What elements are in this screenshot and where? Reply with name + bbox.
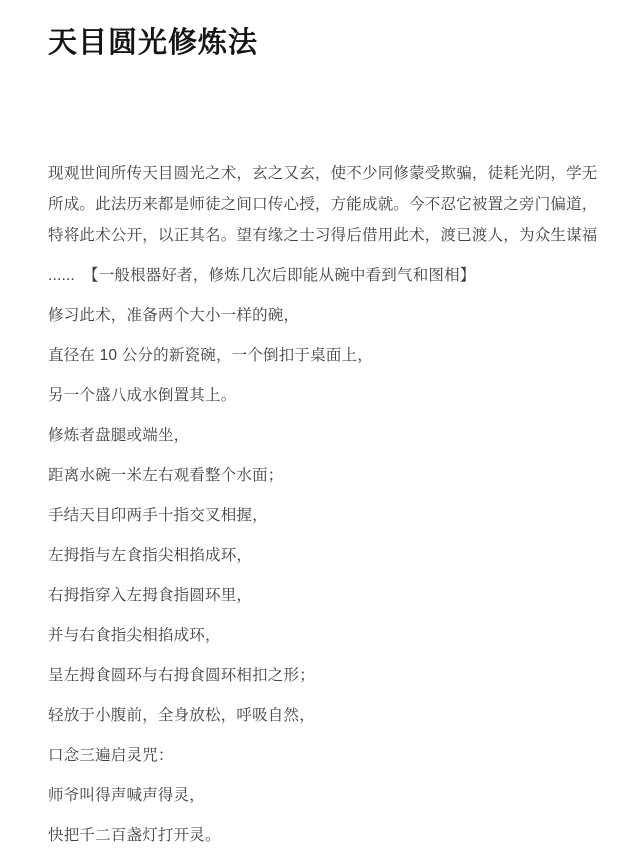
text-line: 修炼者盘腿或端坐， [48,420,612,451]
bracket-note-line: ...... 【一般根器好者，修炼几次后即能从碗中看到气和图相】 [48,260,612,291]
text-line: 手结天目印两手十指交叉相握， [48,500,612,531]
text-line: 右拇指穿入左拇食指圆环里， [48,580,612,611]
intro-paragraph: 现观世间所传天目圆光之术，玄之又玄，使不少同修蒙受欺骗，徒耗光阴，学无所成。此法… [48,158,612,251]
text-line: 另一个盛八成水倒置其上。 [48,380,612,411]
page-title: 天目圆光修炼法 [48,26,612,60]
text-line: 呈左拇食圆环与右拇食圆环相扣之形； [48,660,612,691]
text-line: 口念三遍启灵咒： [48,740,612,771]
text-line: 快把千二百盏灯打开灵。 [48,820,612,851]
text-line: 左拇指与左食指尖相掐成环， [48,540,612,571]
text-line: 修习此术，准备两个大小一样的碗， [48,300,612,331]
text-line: 并与右食指尖相掐成环， [48,620,612,651]
text-line: 师爷叫得声喊声得灵， [48,780,612,811]
document-page: 天目圆光修炼法 现观世间所传天目圆光之术，玄之又玄，使不少同修蒙受欺骗，徒耗光阴… [0,0,634,862]
text-line: 轻放于小腹前，全身放松，呼吸自然， [48,700,612,731]
text-line: 直径在 10 公分的新瓷碗，一个倒扣于桌面上， [48,340,612,371]
text-line: 距离水碗一米左右观看整个水面； [48,460,612,491]
document-body: 现观世间所传天目圆光之术，玄之又玄，使不少同修蒙受欺骗，徒耗光阴，学无所成。此法… [48,158,612,851]
